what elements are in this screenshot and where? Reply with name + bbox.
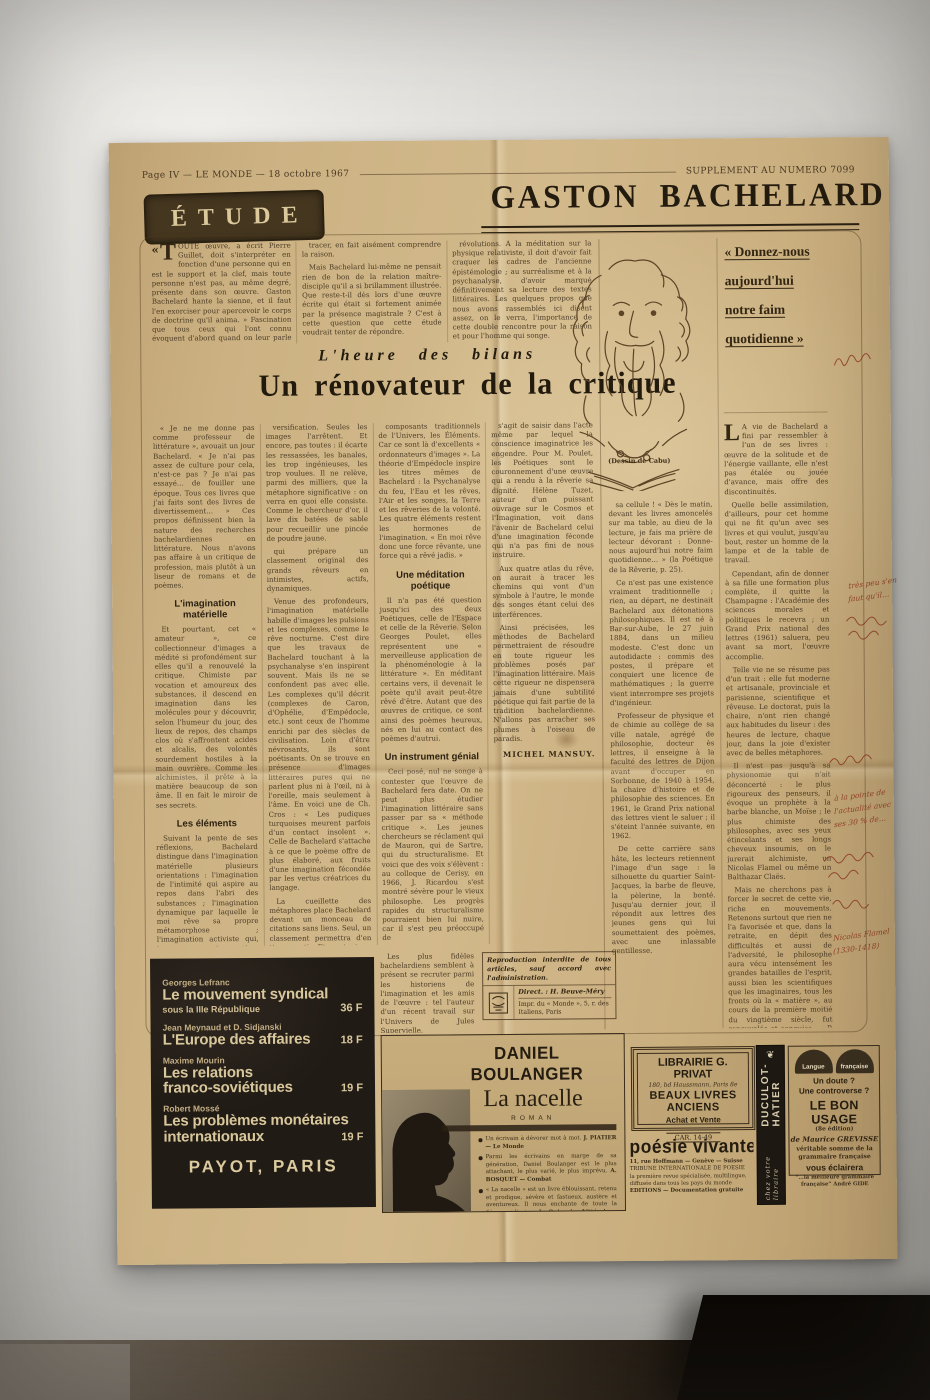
article-paragraph: Ce n'est pas une existence vraiment trad… [609, 578, 714, 708]
ad-robert-laffont: DANIEL BOULANGER La nacelle ROMAN Un écr… [381, 1033, 626, 1213]
article-paragraph: De cette carrière sans hâte, les lecteur… [611, 845, 716, 957]
mid-note: Les plus fidèles bachelardiens semblent … [380, 952, 475, 1033]
newspaper-page: Page IV — LE MONDE — 18 octobre 1967 SUP… [109, 137, 898, 1265]
press-quote: Parmi les écrivains en marge de sa génér… [479, 1153, 617, 1184]
shop-offer: BEAUX LIVRES ANCIENS [638, 1090, 748, 1114]
ad-action: vous éclairera [790, 1162, 880, 1173]
desc-line: grammaire française [798, 1153, 870, 1161]
article-paragraph: Cependant, afin de donner à sa fille une… [725, 569, 830, 662]
subhead-instrument-genial: Un instrument génial [381, 751, 483, 763]
article-paragraph: Quelle belle assimilation, d'ailleurs, p… [724, 500, 829, 565]
ad-divider [442, 1124, 616, 1131]
handwritten-scribble [822, 849, 878, 885]
ad-question: Une controverse ? [789, 1086, 879, 1097]
article-paragraph: Mais Bachelard lui-même ne pensait rien … [302, 263, 442, 338]
article-body: « Je ne me donne pas comme professeur de… [148, 421, 602, 947]
article-paragraph: Et pourtant, cet « amateur », ce collect… [154, 625, 257, 810]
duculot-tagline: chez votre libraire [763, 1127, 780, 1200]
supplement-info: SUPPLEMENT AU NUMERO 7099 [686, 165, 855, 176]
body-col-2: versification. Seules les images l'arrêt… [260, 423, 377, 946]
pull-quote-line: aujourd'hui [725, 272, 825, 289]
desc-line: véritable somme de la [796, 1145, 872, 1153]
ad-author-name: DANIEL BOULANGER [439, 1042, 614, 1085]
tablet-right: française [835, 1049, 873, 1073]
intro-col-2: tracer, en fait aisément comprendre la r… [296, 240, 447, 343]
shop-address: 180, bd Haussmann, Paris 8e [638, 1081, 748, 1089]
article-paragraph: composants traditionnels de l'Univers, l… [378, 422, 481, 561]
bachelard-caricature [547, 234, 717, 491]
duculot-name: DUCULOT-HATIER [759, 1063, 781, 1127]
ad-edition: (8e édition) [789, 1126, 879, 1133]
article-paragraph: Telle vie ne se résume pas d'un trait : … [726, 665, 831, 758]
tablet-left: Langue [794, 1049, 832, 1073]
handwritten-scribble [844, 611, 896, 645]
director-line: Direct. : H. Beuve-Méry [518, 987, 611, 999]
subhead-imagination-materielle: L'imagination matérielle [154, 598, 256, 621]
article-paragraph: Venue des profondeurs, l'imagination mat… [267, 597, 371, 893]
article-paragraph: Ceci posé, nul ne songe à contester que … [381, 767, 484, 943]
quote-source: La Quinzaine Littéraire [539, 1209, 612, 1213]
ad-description: véritable somme de lagrammaire française [790, 1145, 880, 1161]
book-title: Les problèmes monétaires [163, 1112, 363, 1129]
handwritten-note: à la pointe de l'actualité avec ses 30 %… [834, 785, 894, 831]
floor-left-patch [0, 1344, 130, 1400]
book-price: 19 F [341, 1131, 363, 1143]
article-paragraph: LA vie de Bachelard a fini par ressemble… [724, 422, 829, 497]
book-subtitle: sous la IIIe République [162, 1004, 260, 1015]
press-quote: « La nacelle » est un livre éblouissant,… [479, 1186, 617, 1213]
article-paragraph: sa cellule ! « Dès le matin, devant les … [608, 500, 713, 575]
shop-name: LIBRAIRIE G. PRIVAT [638, 1056, 748, 1081]
book-title: Le mouvement syndical [162, 986, 362, 1003]
body-col-3: composants traditionnels de l'Univers, l… [372, 422, 489, 945]
photo-scene: Page IV — LE MONDE — 18 octobre 1967 SUP… [0, 0, 930, 1400]
article-paragraph: Ainsi précisées, les méthodes de Bachela… [493, 623, 596, 744]
body-col-1: « Je ne me donne pas comme professeur de… [148, 424, 264, 947]
author-photo [382, 1089, 471, 1212]
header-rule [359, 171, 675, 174]
article-paragraph: Les plus fidèles bachelardiens semblent … [380, 952, 475, 1033]
body-col-4: s'agit de saisir dans l'acte même par le… [485, 421, 602, 944]
imprint-box: Reproduction interdite de tous articles,… [482, 951, 617, 1020]
pull-quote-line: notre faim [725, 301, 825, 318]
page-title: GASTON BACHELARD [490, 177, 849, 217]
article-paragraph: Il n'a pas été question jusqu'ici des de… [380, 596, 483, 745]
payot-item: Robert Mossé Les problèmes monétaires in… [163, 1102, 363, 1145]
printer-ornament-icon [483, 986, 514, 1019]
ad-endorsement: “…la meilleure grammaire française” Andr… [790, 1174, 880, 1188]
ad-poesie-vivante: poésie vivante 11, rue Hoffmann — Genève… [629, 1136, 753, 1195]
ad-librairie-privat: LIBRAIRIE G. PRIVAT 180, bd Haussmann, P… [631, 1046, 756, 1131]
payot-item: Georges Lefranc Le mouvement syndical so… [162, 976, 362, 1015]
handwritten-scribble [832, 349, 874, 371]
subhead-meditation-poetique: Une méditation poétique [379, 569, 481, 592]
subhead-les-elements: Les éléments [156, 818, 258, 830]
article-paragraph: La cueillette des métaphores place Bache… [269, 897, 372, 946]
right-col-2: « Donnez-nous aujourd'hui notre faim quo… [722, 237, 832, 1028]
shop-service: Achat et Vente [638, 1115, 748, 1125]
dropcap-initial: L [724, 423, 740, 443]
reproduction-notice: Reproduction interdite de tous articles,… [483, 952, 615, 986]
printer-line: Impr. du « Monde », 5, r. des Italiens, … [518, 1000, 611, 1017]
press-quote: Un écrivain à dévorer mot à mot. J. PIAT… [478, 1135, 616, 1151]
article-paragraph: Aux quatre atlas du rêve, on aurait à tr… [492, 564, 594, 620]
ad-question: Un doute ? [789, 1076, 879, 1087]
payot-item: Jean Meynaud et D. Sidjanski L'Europe de… [163, 1021, 363, 1048]
quote-text: Un écrivain à dévorer mot à mot. [485, 1135, 581, 1142]
pull-quote-line: quotidienne » [725, 330, 825, 347]
article-paragraph: Suivant la pente de ses réflexions, Bach… [156, 834, 259, 947]
page-info: Page IV — LE MONDE — 18 octobre 1967 [142, 169, 350, 181]
quote-text: Parmi les écrivains en marge de sa génér… [486, 1153, 617, 1175]
dropcap-initial: T [160, 243, 176, 263]
article-paragraph: Professeur de physique et de chimie au c… [610, 711, 715, 841]
book-price: 18 F [341, 1034, 363, 1046]
revue-title: poésie vivante [629, 1136, 743, 1159]
author-signature: MICHEL MANSUY. [494, 749, 596, 759]
revue-line: EDITIONS — Documentation gratuite [630, 1187, 754, 1195]
open-quote-mark: « [151, 243, 159, 259]
publisher-name: PAYOT, PARIS [164, 1156, 364, 1178]
book-price: 36 F [340, 1002, 362, 1014]
ad-author: de Maurice GREVISSE [789, 1134, 879, 1144]
article-paragraph: «TOUTE œuvre, a écrit Pierre Guillet, do… [151, 242, 291, 345]
portrait-caption: (Dessin de Cabu) [608, 457, 686, 467]
book-price: 19 F [341, 1082, 363, 1094]
article-paragraph: tracer, en fait aisément comprendre la r… [302, 240, 441, 260]
right-col-1: sa cellule ! « Dès le matin, devant les … [608, 500, 716, 1029]
dark-object [677, 1295, 930, 1400]
article-paragraph: Mais ne cherchons pas à forcer le secret… [727, 886, 832, 1029]
payot-item: Maxime Mourin Les relations franco-sovié… [163, 1054, 363, 1097]
ad-duculot-strip: ❦ DUCULOT-HATIER chez votre libraire [757, 1046, 785, 1204]
article-paragraph: versification. Seules les images l'arrêt… [266, 423, 369, 544]
book-title: franco-soviétiques [163, 1080, 293, 1097]
ad-bon-usage: Langue française Un doute ? Une controve… [788, 1045, 881, 1176]
article-paragraph: Il n'est pas jusqu'à sa physionomie qui … [726, 762, 831, 883]
intro-col-1: «TOUTE œuvre, a écrit Pierre Guillet, do… [146, 242, 296, 345]
pull-quote-line: « Donnez-nous [724, 243, 824, 260]
article-paragraph: qui prépare un classement original des g… [267, 547, 369, 594]
ad-payot: Georges Lefranc Le mouvement syndical so… [150, 957, 376, 1209]
article-paragraph: « Je ne me donne pas comme professeur de… [153, 424, 256, 591]
handwritten-scribble [827, 751, 875, 771]
book-title: L'Europe des affaires [163, 1031, 311, 1048]
book-title: internationaux [163, 1129, 264, 1146]
tablets-logo: Langue française [789, 1049, 879, 1074]
ad-book-title: LE BON USAGE [789, 1098, 879, 1127]
intro-columns: «TOUTE œuvre, a écrit Pierre Guillet, do… [146, 239, 597, 345]
handwritten-scribble [831, 893, 875, 911]
duculot-emblem-icon: ❦ [766, 1050, 774, 1061]
endorsement-source: André GIDE [833, 1181, 868, 1187]
